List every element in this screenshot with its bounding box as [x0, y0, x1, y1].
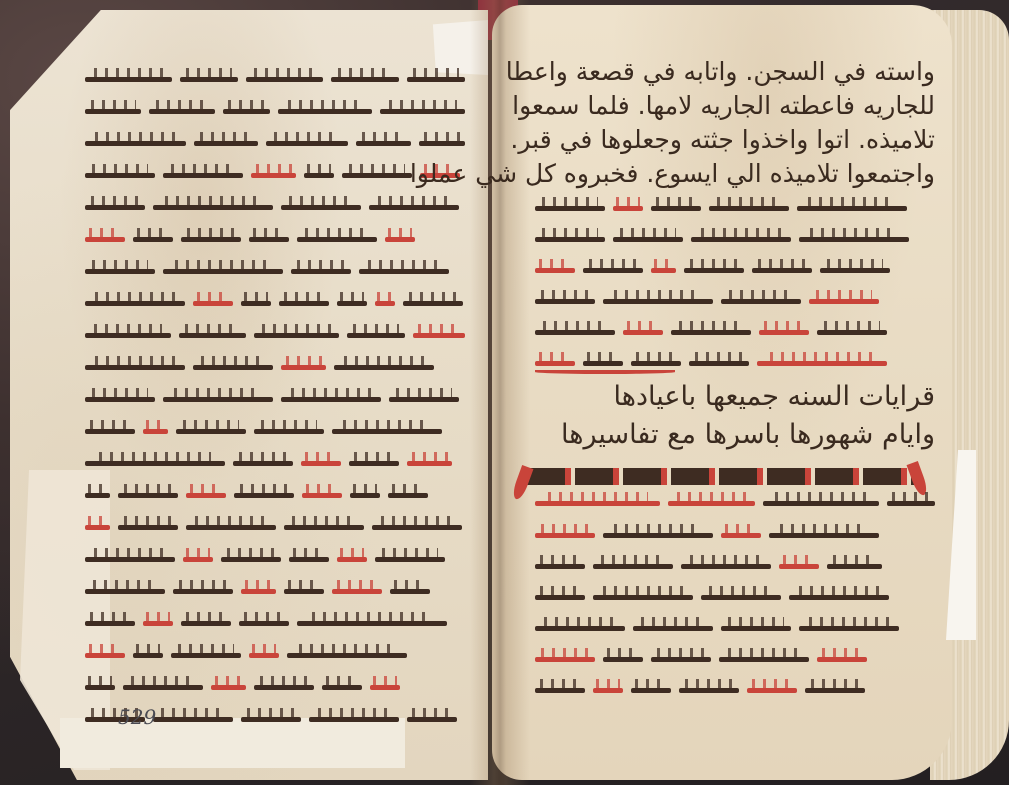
ink-word [689, 361, 749, 366]
ink-word [334, 365, 434, 370]
syriac-text-line [85, 351, 465, 383]
rubric-word [407, 461, 452, 466]
ink-word [287, 653, 407, 658]
arabic-line: واجتمعوا تلاميذه الي ايسوع. فخبروه كل شي… [540, 157, 935, 191]
ink-word [181, 621, 231, 626]
rubric-word [757, 361, 887, 366]
rubric-word [370, 685, 400, 690]
syriac-text-line [85, 543, 465, 575]
ink-word [369, 205, 459, 210]
right-page-syriac-bottom [535, 520, 935, 706]
ink-word [389, 397, 459, 402]
rubric-word [375, 301, 395, 306]
ink-word [349, 461, 399, 466]
ink-word [820, 268, 890, 273]
ink-word [249, 237, 289, 242]
ink-word [752, 268, 812, 273]
rubric-word [143, 621, 173, 626]
rubric-word [668, 501, 755, 506]
ink-word [631, 688, 671, 693]
rubric-word [211, 685, 246, 690]
ink-word [359, 269, 449, 274]
syriac-text-line [85, 159, 465, 191]
syriac-text-line [535, 348, 935, 379]
ink-word [85, 685, 115, 690]
ink-word [679, 688, 739, 693]
syriac-text-line [85, 383, 465, 415]
ink-word [85, 333, 171, 338]
ink-word [535, 330, 615, 335]
rubric-word [779, 564, 819, 569]
ink-word [180, 77, 238, 82]
ink-word [817, 330, 887, 335]
ink-word [769, 533, 879, 538]
ink-word [176, 429, 246, 434]
ink-word [85, 621, 135, 626]
syriac-text-line [85, 319, 465, 351]
rubric-word [651, 268, 676, 273]
ink-word [284, 589, 324, 594]
red-underline-flourish [535, 370, 675, 374]
ink-word [887, 501, 935, 506]
ink-word [85, 365, 185, 370]
ink-word [85, 589, 165, 594]
ink-word [380, 109, 465, 114]
syriac-text-line [85, 287, 465, 319]
right-page-heading: قرايات السنه جميعها باعيادها وايام شهوره… [540, 378, 935, 454]
ink-word [322, 685, 362, 690]
ink-word [118, 525, 178, 530]
ink-word [631, 361, 681, 366]
rubric-word [413, 333, 465, 338]
ink-word [279, 301, 329, 306]
ink-word [133, 237, 173, 242]
ink-word [85, 77, 172, 82]
ink-word [372, 525, 462, 530]
rubric-word [623, 330, 663, 335]
rubric-word [337, 557, 367, 562]
rubric-word [535, 361, 575, 366]
rubric-word [809, 299, 879, 304]
ink-word [719, 657, 809, 662]
rubric-word [385, 237, 415, 242]
rubric-word [332, 589, 382, 594]
ink-word [535, 237, 605, 242]
ink-word [583, 268, 643, 273]
rubric-word [817, 657, 867, 662]
ink-word [233, 461, 293, 466]
ink-word [281, 397, 381, 402]
ink-word [799, 237, 909, 242]
right-page-rubric-title [535, 486, 935, 520]
arabic-line: للجاريه فاعطته الجاريه لامها. فلما سمعوا [540, 89, 935, 123]
ink-word [681, 564, 771, 569]
ink-word [535, 564, 585, 569]
rubric-word [721, 533, 761, 538]
ink-word [149, 109, 215, 114]
ink-word [709, 206, 789, 211]
syriac-text-line [535, 675, 935, 706]
syriac-text-line [85, 95, 465, 127]
ink-word [356, 141, 411, 146]
ink-word [651, 657, 711, 662]
rubric-word [143, 429, 168, 434]
ink-word [297, 621, 447, 626]
ink-word [603, 657, 643, 662]
rubric-word [183, 557, 213, 562]
ink-word [651, 206, 701, 211]
ink-word [535, 626, 625, 631]
ink-word [85, 493, 110, 498]
arabic-line: واسته في السجن. واتابه في قصعة واعطا [540, 55, 935, 89]
ink-word [593, 595, 693, 600]
ink-word [193, 365, 273, 370]
ink-word [593, 564, 673, 569]
ink-word [223, 109, 270, 114]
rubric-word [85, 525, 110, 530]
ink-word [221, 557, 281, 562]
syriac-text-line [535, 520, 935, 551]
ink-word [153, 717, 233, 722]
ink-word [388, 493, 428, 498]
ink-word [805, 688, 865, 693]
ink-word [535, 206, 605, 211]
rubric-word [535, 268, 575, 273]
ink-word [297, 237, 377, 242]
left-page-text-block [85, 63, 465, 735]
ink-word [85, 109, 141, 114]
syriac-text-line [535, 613, 935, 644]
rubric-word [593, 688, 623, 693]
ink-word [85, 557, 175, 562]
ink-word [85, 141, 186, 146]
ink-word [671, 330, 751, 335]
ink-word [347, 333, 404, 338]
ink-word [254, 685, 314, 690]
ink-word [827, 564, 882, 569]
ink-word [337, 301, 367, 306]
rubric-word [747, 688, 797, 693]
ink-word [342, 173, 412, 178]
rubric-word [241, 589, 276, 594]
ink-word [799, 626, 899, 631]
rubric-word [281, 365, 326, 370]
ink-word [789, 595, 889, 600]
ink-word [85, 397, 155, 402]
rubric-word [193, 301, 233, 306]
ink-word [123, 685, 203, 690]
syriac-text-line [85, 127, 465, 159]
rubric-word [302, 493, 342, 498]
rubric-word [535, 501, 660, 506]
decorative-headpiece-band [527, 468, 917, 485]
ink-word [332, 429, 442, 434]
ink-word [186, 525, 276, 530]
ink-word [266, 141, 348, 146]
ink-word [613, 237, 683, 242]
ink-word [173, 589, 233, 594]
ink-word [603, 533, 713, 538]
syriac-text-line [85, 191, 465, 223]
ink-word [281, 205, 361, 210]
ink-word [85, 269, 155, 274]
syriac-text-line [85, 479, 465, 511]
syriac-text-line [85, 639, 465, 671]
rubric-word [759, 330, 809, 335]
rubric-word [249, 653, 279, 658]
ink-word [309, 717, 399, 722]
ink-word [331, 77, 399, 82]
rubric-word [535, 657, 595, 662]
syriac-text-line [85, 575, 465, 607]
right-page-arabic-passage: واسته في السجن. واتابه في قصعة واعطا للج… [540, 55, 935, 191]
syriac-text-line [85, 223, 465, 255]
ink-word [407, 717, 457, 722]
ink-word [691, 237, 791, 242]
ink-word [721, 299, 801, 304]
ink-word [181, 237, 241, 242]
syriac-text-line [535, 286, 935, 317]
ink-word [85, 173, 155, 178]
syriac-text-line [535, 224, 935, 255]
ink-word [291, 269, 351, 274]
ink-word [763, 501, 879, 506]
ink-word [407, 77, 465, 82]
ink-word [194, 141, 258, 146]
ink-word [254, 333, 340, 338]
ink-word [403, 301, 463, 306]
rubric-word [251, 173, 296, 178]
folio-number: 529 [118, 705, 156, 729]
syriac-text-line [85, 415, 465, 447]
ink-word [583, 361, 623, 366]
ink-word [241, 301, 271, 306]
syriac-text-line [535, 317, 935, 348]
heading-line: وايام شهورها باسرها مع تفاسيرها [540, 416, 935, 454]
heading-line: قرايات السنه جميعها باعيادها [540, 378, 935, 416]
syriac-text-line [85, 607, 465, 639]
ink-word [535, 299, 595, 304]
syriac-text-line [85, 63, 465, 95]
rubric-word [85, 237, 125, 242]
right-page-syriac-middle [535, 193, 935, 379]
ink-word [284, 525, 364, 530]
syriac-text-line [535, 486, 935, 520]
ink-word [278, 109, 372, 114]
ink-word [535, 595, 585, 600]
ink-word [304, 173, 334, 178]
syriac-text-line [535, 193, 935, 224]
ink-word [797, 206, 907, 211]
ink-word [85, 461, 225, 466]
ink-word [179, 333, 246, 338]
syriac-text-line [85, 511, 465, 543]
ink-word [85, 301, 185, 306]
syriac-text-line [85, 447, 465, 479]
ink-word [633, 626, 713, 631]
ink-word [684, 268, 744, 273]
ink-word [390, 589, 430, 594]
syriac-text-line [535, 551, 935, 582]
ink-word [350, 493, 380, 498]
rubric-word [613, 206, 643, 211]
ink-word [133, 653, 163, 658]
syriac-text-line [535, 644, 935, 675]
ink-word [419, 141, 465, 146]
rubric-word [301, 461, 341, 466]
syriac-text-line [535, 582, 935, 613]
ink-word [721, 626, 791, 631]
rubric-word [85, 653, 125, 658]
ink-word [254, 429, 324, 434]
ink-word [603, 299, 713, 304]
ink-word [289, 557, 329, 562]
ink-word [234, 493, 294, 498]
syriac-text-line [85, 255, 465, 287]
syriac-text-line [85, 671, 465, 703]
ink-word [163, 397, 273, 402]
rubric-word [186, 493, 226, 498]
ink-word [701, 595, 781, 600]
ink-word [246, 77, 323, 82]
arabic-line: تلاميذه. اتوا واخذوا جثته وجعلوها في قبر… [540, 123, 935, 157]
ink-word [163, 269, 283, 274]
ink-word [241, 717, 301, 722]
ink-word [375, 557, 445, 562]
ink-word [535, 688, 585, 693]
ink-word [153, 205, 273, 210]
ink-word [171, 653, 241, 658]
ink-word [163, 173, 243, 178]
syriac-text-line [535, 255, 935, 286]
ink-word [85, 429, 135, 434]
rubric-word [535, 533, 595, 538]
ink-word [118, 493, 178, 498]
ink-word [85, 205, 145, 210]
ink-word [239, 621, 289, 626]
